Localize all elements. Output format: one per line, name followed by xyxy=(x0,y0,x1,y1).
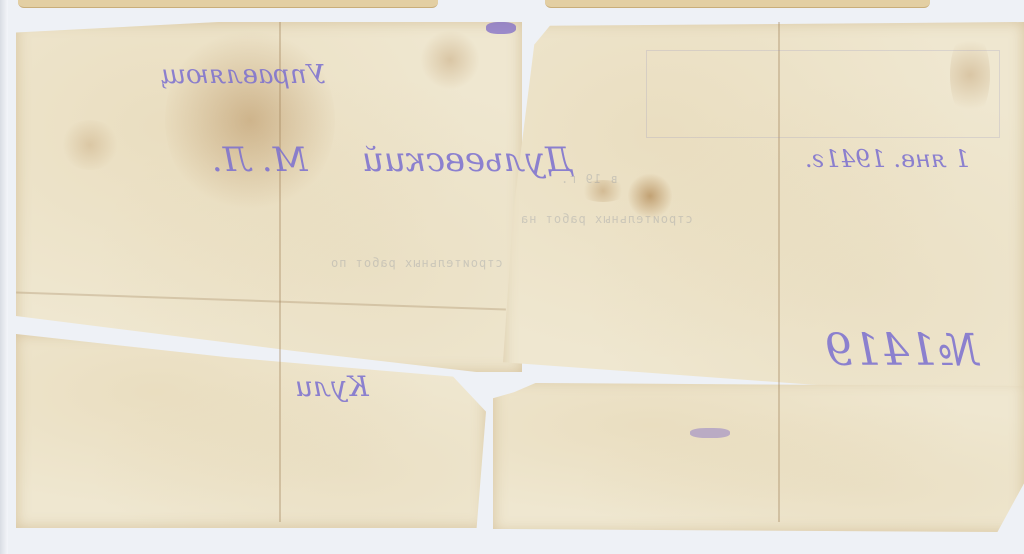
water-stain-large xyxy=(165,25,335,215)
top-paper-strip-left xyxy=(18,0,438,8)
top-paper-strip-right xyxy=(545,0,930,8)
handwriting-signature: Кули xyxy=(295,370,369,403)
stain-spot-left xyxy=(60,120,120,170)
typed-line-3: строительных работ по xyxy=(330,256,503,270)
scanner-edge xyxy=(0,0,8,554)
handwriting-date: 1 янв. 1941г. xyxy=(805,145,970,173)
ink-blot-bottom xyxy=(690,428,730,438)
paper-piece-bottom-right xyxy=(493,380,1024,532)
fold-line-left xyxy=(279,22,281,522)
ink-blot-top xyxy=(486,22,516,34)
handwriting-title: Управляющ xyxy=(160,60,326,90)
typed-line-2: строительных работ на xyxy=(520,212,693,226)
handwriting-number: №1419 xyxy=(825,325,979,376)
stain-spot-top xyxy=(420,30,480,90)
faded-stamp-box xyxy=(646,50,1000,138)
handwriting-surname: Дульевский xyxy=(362,140,573,180)
handwriting-initials: М. Л. xyxy=(212,140,308,180)
